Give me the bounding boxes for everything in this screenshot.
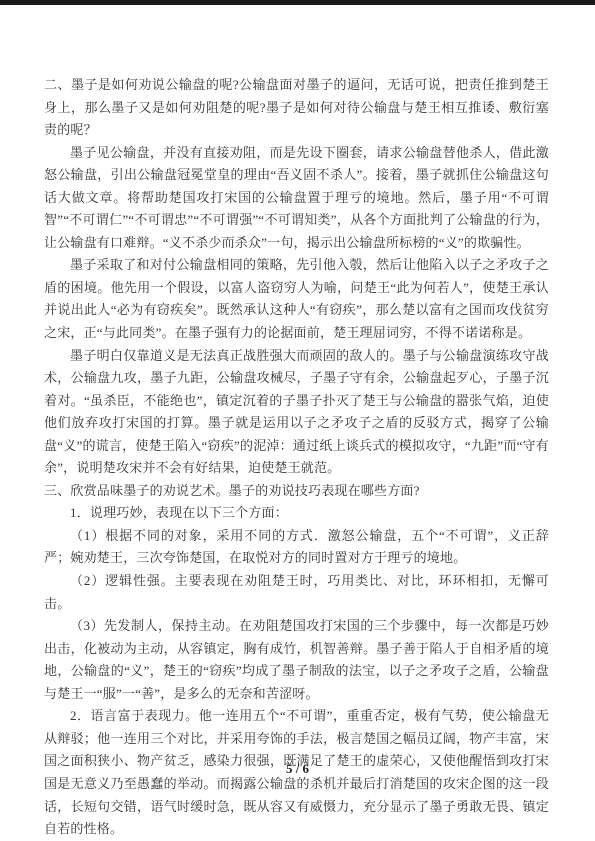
sub-item-2: （2）逻辑性强。主要表现在劝阻楚王时，巧用类比、对比，环环相扣，无懈可击。 xyxy=(44,570,549,615)
section-heading-3: 三、欣赏品味墨子的劝说艺术。墨子的劝说技巧表现在哪些方面? xyxy=(44,480,549,503)
sub-item-1: （1）根据不同的对象，采用不同的方式．激怒公输盘，五个“不可谓”，义正辞严；婉劝… xyxy=(44,525,549,570)
numbered-item-1: 1．说理巧妙，表现在以下三个方面： xyxy=(44,502,549,525)
sub-item-3: （3）先发制人，保持主动。在劝阻楚国攻打宋国的三个步骤中，每一次都是巧妙出击，化… xyxy=(44,615,549,705)
section-heading-2: 二、墨子是如何劝说公输盘的呢?公输盘面对墨子的逼问，无话可说，把责任推到楚王身上… xyxy=(44,74,549,142)
paragraph: 墨子采取了和对付公输盘相同的策略，先引他入彀，然后让他陷入以子之矛攻子之盾的困境… xyxy=(44,254,549,344)
paragraph: 墨子明白仅靠道义是无法真正战胜强大而顽固的敌人的。墨子与公输盘演练攻守战术，公输… xyxy=(44,345,549,480)
page-number: 5 / 6 xyxy=(0,761,595,777)
page-top-border xyxy=(0,0,595,5)
paragraph: 墨子见公输盘，并没有直接劝阻，而是先设下圈套，请求公输盘替他杀人，借此激怒公输盘… xyxy=(44,142,549,255)
document-body: 二、墨子是如何劝说公输盘的呢?公输盘面对墨子的逼问，无话可说，把责任推到楚王身上… xyxy=(44,74,549,841)
document-page: 二、墨子是如何劝说公输盘的呢?公输盘面对墨子的逼问，无话可说，把责任推到楚王身上… xyxy=(0,0,595,841)
